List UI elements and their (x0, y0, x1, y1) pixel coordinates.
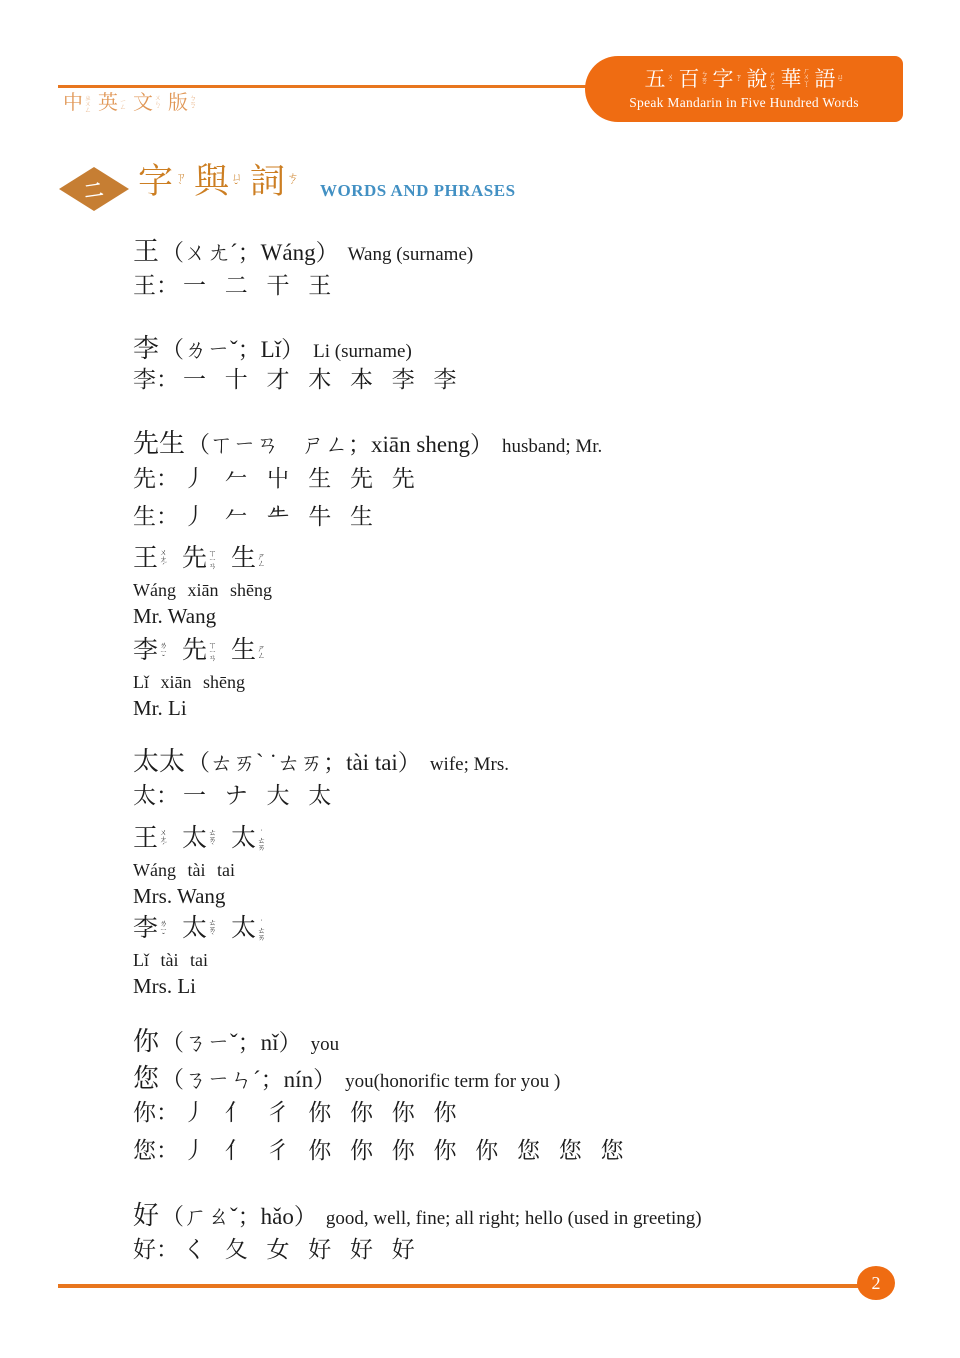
zhuyin-annotation: ㄗˋ (735, 73, 742, 86)
stroke-order-row: 生：丿 𠂉 𠂒 牛 生 (133, 498, 373, 531)
section-title-char: 詞 ㄘˊ (250, 164, 297, 199)
reading: （ㄋㄧˇ；nǐ） (161, 1030, 302, 1055)
phrase-char-text: 太 (182, 915, 207, 943)
zhuyin-annotation: ㄕㄨㄛ (769, 71, 776, 89)
phrase-char-text: 太 (231, 825, 256, 853)
entry-nin-headline: 您（ㄋㄧㄣˊ；nín）you(honorific term for you ) (133, 1058, 560, 1095)
title-char-text: 五 (645, 69, 666, 90)
stroke-sequence: 丿 𠂉 屮 生 先 先 (183, 466, 415, 491)
zhuyin-annotation: ㄅㄞˇ (701, 70, 708, 89)
phrase-mrs-wang: 王 ㄨㄤˊ 太 ㄊㄞˋ 太 ˙ㄊㄞ Wáng tài tai Mrs. Wang (133, 825, 265, 909)
phrase-char-text: 太 (231, 915, 256, 943)
zhuyin-annotation: ㄒㄧㄢ (208, 549, 216, 568)
entry-ni-headline: 你（ㄋㄧˇ；nǐ）you (133, 1021, 339, 1058)
gloss: you(honorific term for you ) (345, 1071, 560, 1092)
edition-char-text: 文 (133, 93, 153, 113)
reading: （ㄨㄤˊ；Wáng） (161, 240, 339, 265)
phrase-char-text: 王 (133, 825, 158, 853)
zhuyin-annotation: ㄓㄨㄥ (84, 94, 91, 112)
reading: （ㄊㄞˋ ˙ㄊㄞ；tài tai） (187, 750, 421, 775)
section-marker-diamond: 二 (59, 167, 129, 211)
reading: （ㄒㄧㄢ ㄕㄥ；xiān sheng） (187, 432, 493, 457)
phrase-mr-li: 李 ㄌㄧˇ 先 ㄒㄧㄢ 生 ㄕㄥ Lǐ xiān shēng Mr. Li (133, 637, 265, 721)
phrase-char-text: 王 (133, 545, 158, 573)
edition-char: 英 ㄧㄥ (98, 93, 126, 113)
title-char-text: 說 (747, 69, 768, 90)
headword: 太太 (133, 747, 185, 776)
footer-rule (58, 1284, 870, 1288)
phrase-pinyin: Wáng tài tai (133, 860, 265, 881)
edition-char-text: 版 (168, 93, 188, 113)
title-char: 華 ㄏㄨㄚˊ (781, 67, 810, 92)
phrase-char: 生 ㄕㄥ (231, 637, 265, 665)
zhuyin-annotation: ㄊㄞˋ (208, 918, 216, 940)
stroke-label: 先： (133, 466, 179, 491)
reading: （ㄋㄧㄣˊ；nín） (161, 1067, 336, 1092)
phrase-characters: 王 ㄨㄤˊ 先 ㄒㄧㄢ 生 ㄕㄥ (133, 545, 272, 573)
headword: 你 (133, 1027, 159, 1056)
stroke-label: 好： (133, 1237, 179, 1262)
page-number-badge: 2 (857, 1266, 895, 1300)
zhuyin-annotation: ㄌㄧˇ (159, 641, 167, 661)
stroke-order-row: 太：一 ナ 大 太 (133, 777, 331, 810)
phrase-char-text: 太 (182, 825, 207, 853)
entry-hao-headline: 好（ㄏㄠˇ；hǎo）good, well, fine; all right; h… (133, 1195, 702, 1232)
section-title: 字 ㄗˋ 與 ㄩˇ 詞 ㄘˊ (138, 164, 297, 199)
edition-char: 中 ㄓㄨㄥ (63, 93, 91, 113)
phrase-characters: 李 ㄌㄧˇ 先 ㄒㄧㄢ 生 ㄕㄥ (133, 637, 265, 665)
title-char: 語 ㄩˇ (815, 69, 844, 90)
book-subtitle: Speak Mandarin in Five Hundred Words (629, 95, 859, 111)
phrase-pinyin: Lǐ tài tai (133, 950, 265, 971)
reading: （ㄏㄠˇ；hǎo） (161, 1204, 317, 1229)
title-char: 說 ㄕㄨㄛ (747, 69, 776, 90)
zhuyin-annotation: ㄨˇ (667, 73, 674, 86)
headword: 好 (133, 1201, 159, 1230)
zhuyin-annotation: ㄊㄞˋ (208, 828, 216, 850)
book-title-banner: 五 ㄨˇ 百 ㄅㄞˇ 字 ㄗˋ 說 ㄕㄨㄛ 華 ㄏㄨㄚˊ 語 ㄩˇ Speak … (585, 56, 903, 122)
stroke-order-row: 好：く 夂 女 好 好 好 (133, 1231, 415, 1264)
zhuyin-annotation: ㄨㄣˊ (154, 94, 161, 113)
phrase-char: 太 ˙ㄊㄞ (231, 915, 265, 943)
stroke-label: 您： (133, 1138, 179, 1163)
headword: 王 (133, 237, 159, 266)
phrase-char: 生 ㄕㄥ (231, 545, 265, 573)
phrase-char: 先 ㄒㄧㄢ (182, 545, 216, 573)
section-title-char: 字 ㄗˋ (138, 164, 185, 199)
title-char: 字 ㄗˋ (713, 69, 742, 90)
zhuyin-annotation: ㄨㄤˊ (159, 548, 167, 570)
zhuyin-annotation: ㄗˋ (174, 171, 185, 192)
zhuyin-annotation: ㄕㄥ (257, 644, 265, 658)
phrase-char-text: 生 (231, 545, 256, 573)
phrase-char-text: 先 (182, 545, 207, 573)
gloss: wife; Mrs. (430, 754, 509, 775)
section-number: 二 (83, 174, 106, 203)
edition-char-text: 英 (98, 93, 118, 113)
stroke-sequence: く 夂 女 好 好 好 (183, 1237, 415, 1262)
zhuyin-annotation: ㄧㄥ (119, 98, 126, 109)
entry-xiansheng-headline: 先生（ㄒㄧㄢ ㄕㄥ；xiān sheng）husband; Mr. (133, 423, 602, 460)
gloss: husband; Mr. (502, 436, 602, 457)
title-char-text: 字 (713, 69, 734, 90)
phrase-characters: 李 ㄌㄧˇ 太 ㄊㄞˋ 太 ˙ㄊㄞ (133, 915, 265, 943)
phrase-char: 先 ㄒㄧㄢ (182, 637, 216, 665)
reading: （ㄌㄧˇ；Lǐ） (161, 337, 304, 362)
phrase-english: Mr. Wang (133, 604, 272, 629)
stroke-sequence: 一 ナ 大 太 (183, 783, 331, 808)
entry-wang-headline: 王（ㄨㄤˊ；Wáng）Wang (surname) (133, 231, 473, 268)
zhuyin-annotation: ㄌㄧˇ (159, 919, 167, 939)
headword: 先生 (133, 429, 185, 458)
zhuyin-annotation: ㄩˇ (230, 171, 241, 192)
zhuyin-annotation: ㄅㄢˇ (189, 94, 196, 113)
title-char-text: 百 (679, 69, 700, 90)
zhuyin-annotation: ˙ㄊㄞ (257, 828, 265, 850)
headword: 李 (133, 334, 159, 363)
zhuyin-annotation: ㄒㄧㄢ (208, 641, 216, 660)
phrase-char: 太 ˙ㄊㄞ (231, 825, 265, 853)
phrase-char-text: 先 (182, 637, 207, 665)
stroke-label: 生： (133, 504, 179, 529)
stroke-order-row: 你：丿 亻 彳 你 你 你 你 (133, 1094, 457, 1127)
entry-li-headline: 李（ㄌㄧˇ；Lǐ）Li (surname) (133, 328, 412, 365)
stroke-order-row: 王：一 二 干 王 (133, 267, 331, 300)
zhuyin-annotation: ㄕㄥ (257, 552, 265, 566)
stroke-label: 太： (133, 783, 179, 808)
page-number: 2 (872, 1273, 881, 1294)
section-char-text: 字 (138, 164, 173, 199)
gloss: Wang (surname) (348, 244, 474, 265)
section-title-char: 與 ㄩˇ (194, 164, 241, 199)
stroke-label: 李： (133, 367, 179, 392)
phrase-english: Mr. Li (133, 696, 265, 721)
zhuyin-annotation: ˙ㄊㄞ (257, 918, 265, 940)
zhuyin-annotation: ㄨㄤˊ (159, 828, 167, 850)
title-char-text: 華 (781, 69, 802, 90)
phrase-char: 李 ㄌㄧˇ (133, 637, 167, 665)
phrase-pinyin: Wáng xiān shēng (133, 580, 272, 601)
edition-char: 版 ㄅㄢˇ (168, 93, 196, 113)
stroke-order-row: 李：一 十 才 木 本 李 李 (133, 361, 457, 394)
stroke-sequence: 一 十 才 木 本 李 李 (183, 367, 457, 392)
phrase-pinyin: Lǐ xiān shēng (133, 672, 265, 693)
stroke-sequence: 丿 𠂉 𠂒 牛 生 (183, 504, 373, 529)
stroke-order-row: 您：丿 亻 彳 你 你 你 你 你 您 您 您 (133, 1132, 624, 1165)
stroke-order-row: 先：丿 𠂉 屮 生 先 先 (133, 460, 415, 493)
gloss: you (311, 1034, 340, 1055)
stroke-sequence: 丿 亻 彳 你 你 你 你 你 您 您 您 (183, 1138, 624, 1163)
title-char-text: 語 (815, 69, 836, 90)
section-char-text: 與 (194, 164, 229, 199)
edition-char: 文 ㄨㄣˊ (133, 93, 161, 113)
title-char: 五 ㄨˇ (645, 69, 674, 90)
section-subtitle: WORDS AND PHRASES (320, 181, 516, 201)
phrase-char: 王 ㄨㄤˊ (133, 545, 167, 573)
phrase-char-text: 李 (133, 915, 158, 943)
stroke-sequence: 一 二 干 王 (183, 273, 331, 298)
zhuyin-annotation: ㄘˊ (286, 171, 297, 192)
section-char-text: 詞 (250, 164, 285, 199)
edition-char-text: 中 (63, 93, 83, 113)
phrase-english: Mrs. Li (133, 974, 265, 999)
zhuyin-annotation: ㄏㄨㄚˊ (803, 67, 810, 92)
phrase-char: 太 ㄊㄞˋ (182, 825, 216, 853)
title-char: 百 ㄅㄞˇ (679, 69, 708, 90)
zhuyin-annotation: ㄩˇ (837, 73, 844, 86)
phrase-char: 李 ㄌㄧˇ (133, 915, 167, 943)
phrase-char-text: 生 (231, 637, 256, 665)
stroke-label: 你： (133, 1100, 179, 1125)
phrase-mrs-li: 李 ㄌㄧˇ 太 ㄊㄞˋ 太 ˙ㄊㄞ Lǐ tài tai Mrs. Li (133, 915, 265, 999)
phrase-english: Mrs. Wang (133, 884, 265, 909)
gloss: good, well, fine; all right; hello (used… (326, 1208, 702, 1229)
book-title: 五 ㄨˇ 百 ㄅㄞˇ 字 ㄗˋ 說 ㄕㄨㄛ 華 ㄏㄨㄚˊ 語 ㄩˇ (645, 67, 844, 92)
edition-label: 中 ㄓㄨㄥ 英 ㄧㄥ 文 ㄨㄣˊ 版 ㄅㄢˇ (63, 93, 196, 113)
phrase-char-text: 李 (133, 637, 158, 665)
stroke-sequence: 丿 亻 彳 你 你 你 你 (183, 1100, 457, 1125)
phrase-char: 太 ㄊㄞˋ (182, 915, 216, 943)
stroke-label: 王： (133, 273, 179, 298)
phrase-characters: 王 ㄨㄤˊ 太 ㄊㄞˋ 太 ˙ㄊㄞ (133, 825, 265, 853)
entry-taitai-headline: 太太（ㄊㄞˋ ˙ㄊㄞ；tài tai）wife; Mrs. (133, 741, 509, 778)
headword: 您 (133, 1064, 159, 1093)
phrase-char: 王 ㄨㄤˊ (133, 825, 167, 853)
header-rule (58, 85, 586, 88)
phrase-mr-wang: 王 ㄨㄤˊ 先 ㄒㄧㄢ 生 ㄕㄥ Wáng xiān shēng Mr. Wan… (133, 545, 272, 629)
gloss: Li (surname) (313, 341, 412, 362)
